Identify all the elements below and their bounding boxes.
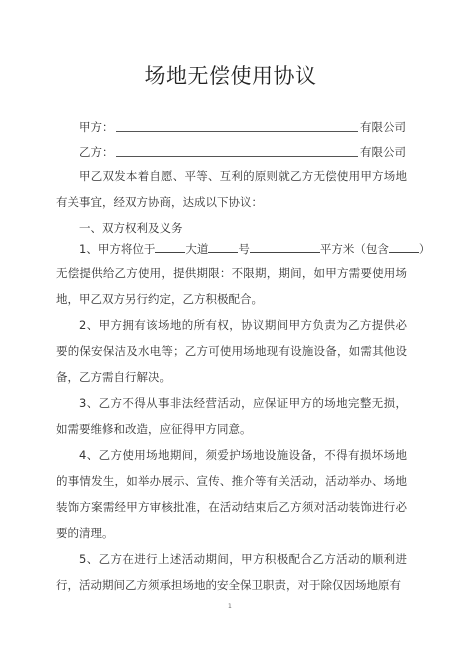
clause-1-part-4: 平方米（包含	[320, 242, 389, 256]
party-a-suffix: 有限公司	[360, 119, 406, 135]
page-number: 1	[228, 603, 232, 610]
clause-5: 5、乙方在进行上述活动期间，甲方积极配合乙方活动的顺利进行，活动期间乙方须承担场…	[56, 546, 407, 598]
clause-1-first-line: 1、甲方将位于大道号平方米（包含）	[79, 241, 430, 257]
party-b-blank	[116, 155, 359, 157]
clause-3: 3、乙方不得从事非法经营活动，应保证甲方的场地完整无损，如需要维修和改造，应征得…	[56, 390, 407, 442]
clause-1-part-5: ）	[419, 242, 431, 256]
blank-road	[155, 242, 185, 253]
party-a-line: 甲方： 有限公司	[79, 117, 406, 135]
party-a-blank	[116, 130, 359, 132]
clause-1-rest: 无偿提供给乙方使用，提供期限：不限期，期间，如甲方需要使用场地，甲乙双方另行约定…	[56, 260, 407, 312]
party-b-suffix: 有限公司	[360, 144, 406, 160]
party-a-label: 甲方：	[79, 119, 114, 135]
document-title: 场地无偿使用协议	[0, 60, 461, 90]
clause-4: 4、乙方使用场地期间，须爱护场地设施设备，不得有损坏场地的事情发生，如举办展示、…	[56, 442, 407, 546]
blank-include	[389, 242, 419, 253]
clause-1-part-1: 1、甲方将位于	[79, 242, 155, 256]
blank-area	[250, 242, 320, 253]
party-b-line: 乙方： 有限公司	[79, 142, 406, 160]
clause-1-part-2: 大道	[185, 242, 208, 256]
clause-1-part-3: 号	[238, 242, 250, 256]
clause-2: 2、甲方拥有该场地的所有权，协议期间甲方负责为乙方提供必要的保安保洁及水电等；乙…	[56, 312, 407, 390]
document-page: 场地无偿使用协议 甲方： 有限公司 乙方： 有限公司 甲乙双发本着自愿、平等、互…	[0, 0, 461, 653]
section-1-heading: 一、双方权利及义务	[56, 215, 407, 241]
party-b-label: 乙方：	[79, 144, 114, 160]
blank-number	[208, 242, 238, 253]
intro-paragraph: 甲乙双发本着自愿、平等、互利的原则就乙方无偿使用甲方场地有关事宜，经双方协商，达…	[56, 163, 407, 215]
